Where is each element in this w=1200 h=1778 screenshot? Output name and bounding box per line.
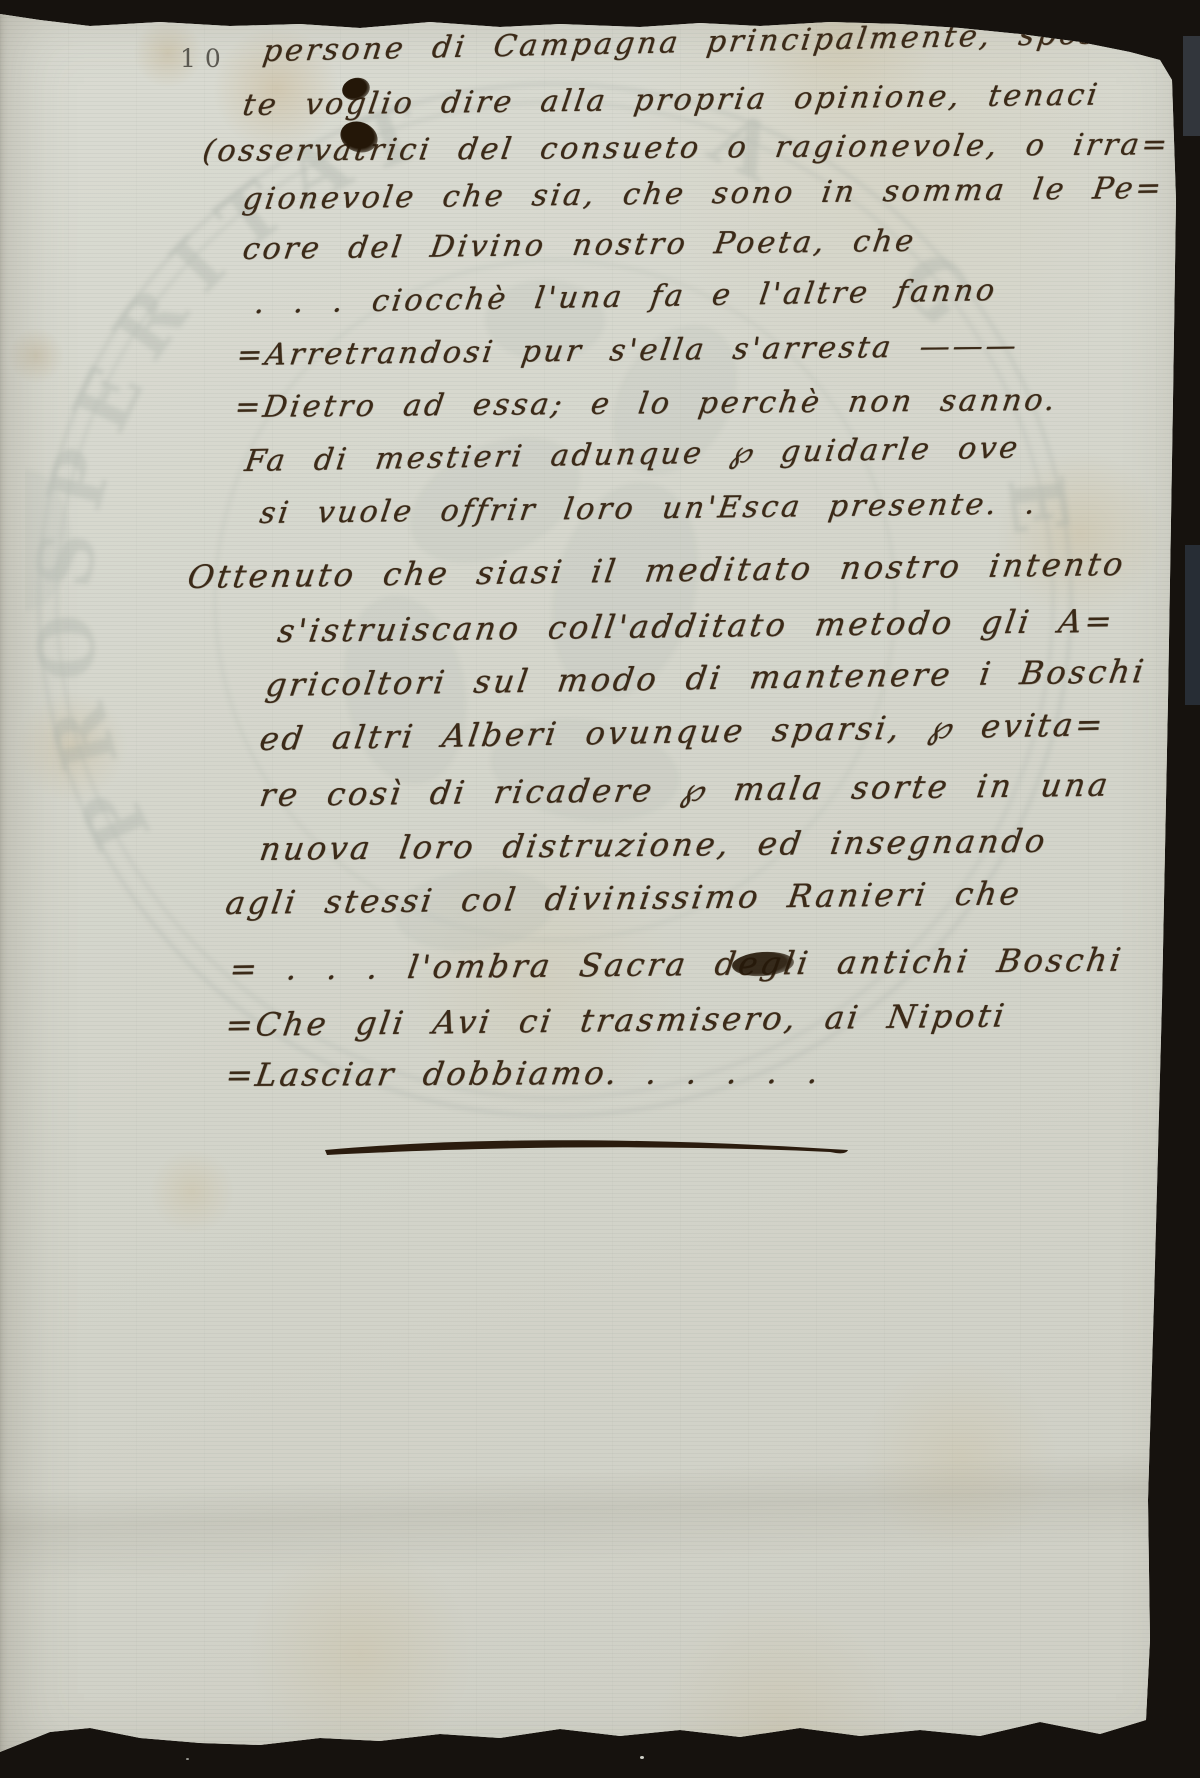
background-edge-object xyxy=(1183,36,1200,136)
photo-background: { "document": { "kind": "handwritten man… xyxy=(0,0,1200,1778)
manuscript-page: PROSPERITAT A G E 10 persone di Campagna… xyxy=(0,0,1200,1778)
dust-speck xyxy=(640,1756,644,1759)
background-edge-object xyxy=(1185,545,1200,705)
closing-rule xyxy=(0,0,1200,1778)
dust-speck xyxy=(186,1758,189,1760)
